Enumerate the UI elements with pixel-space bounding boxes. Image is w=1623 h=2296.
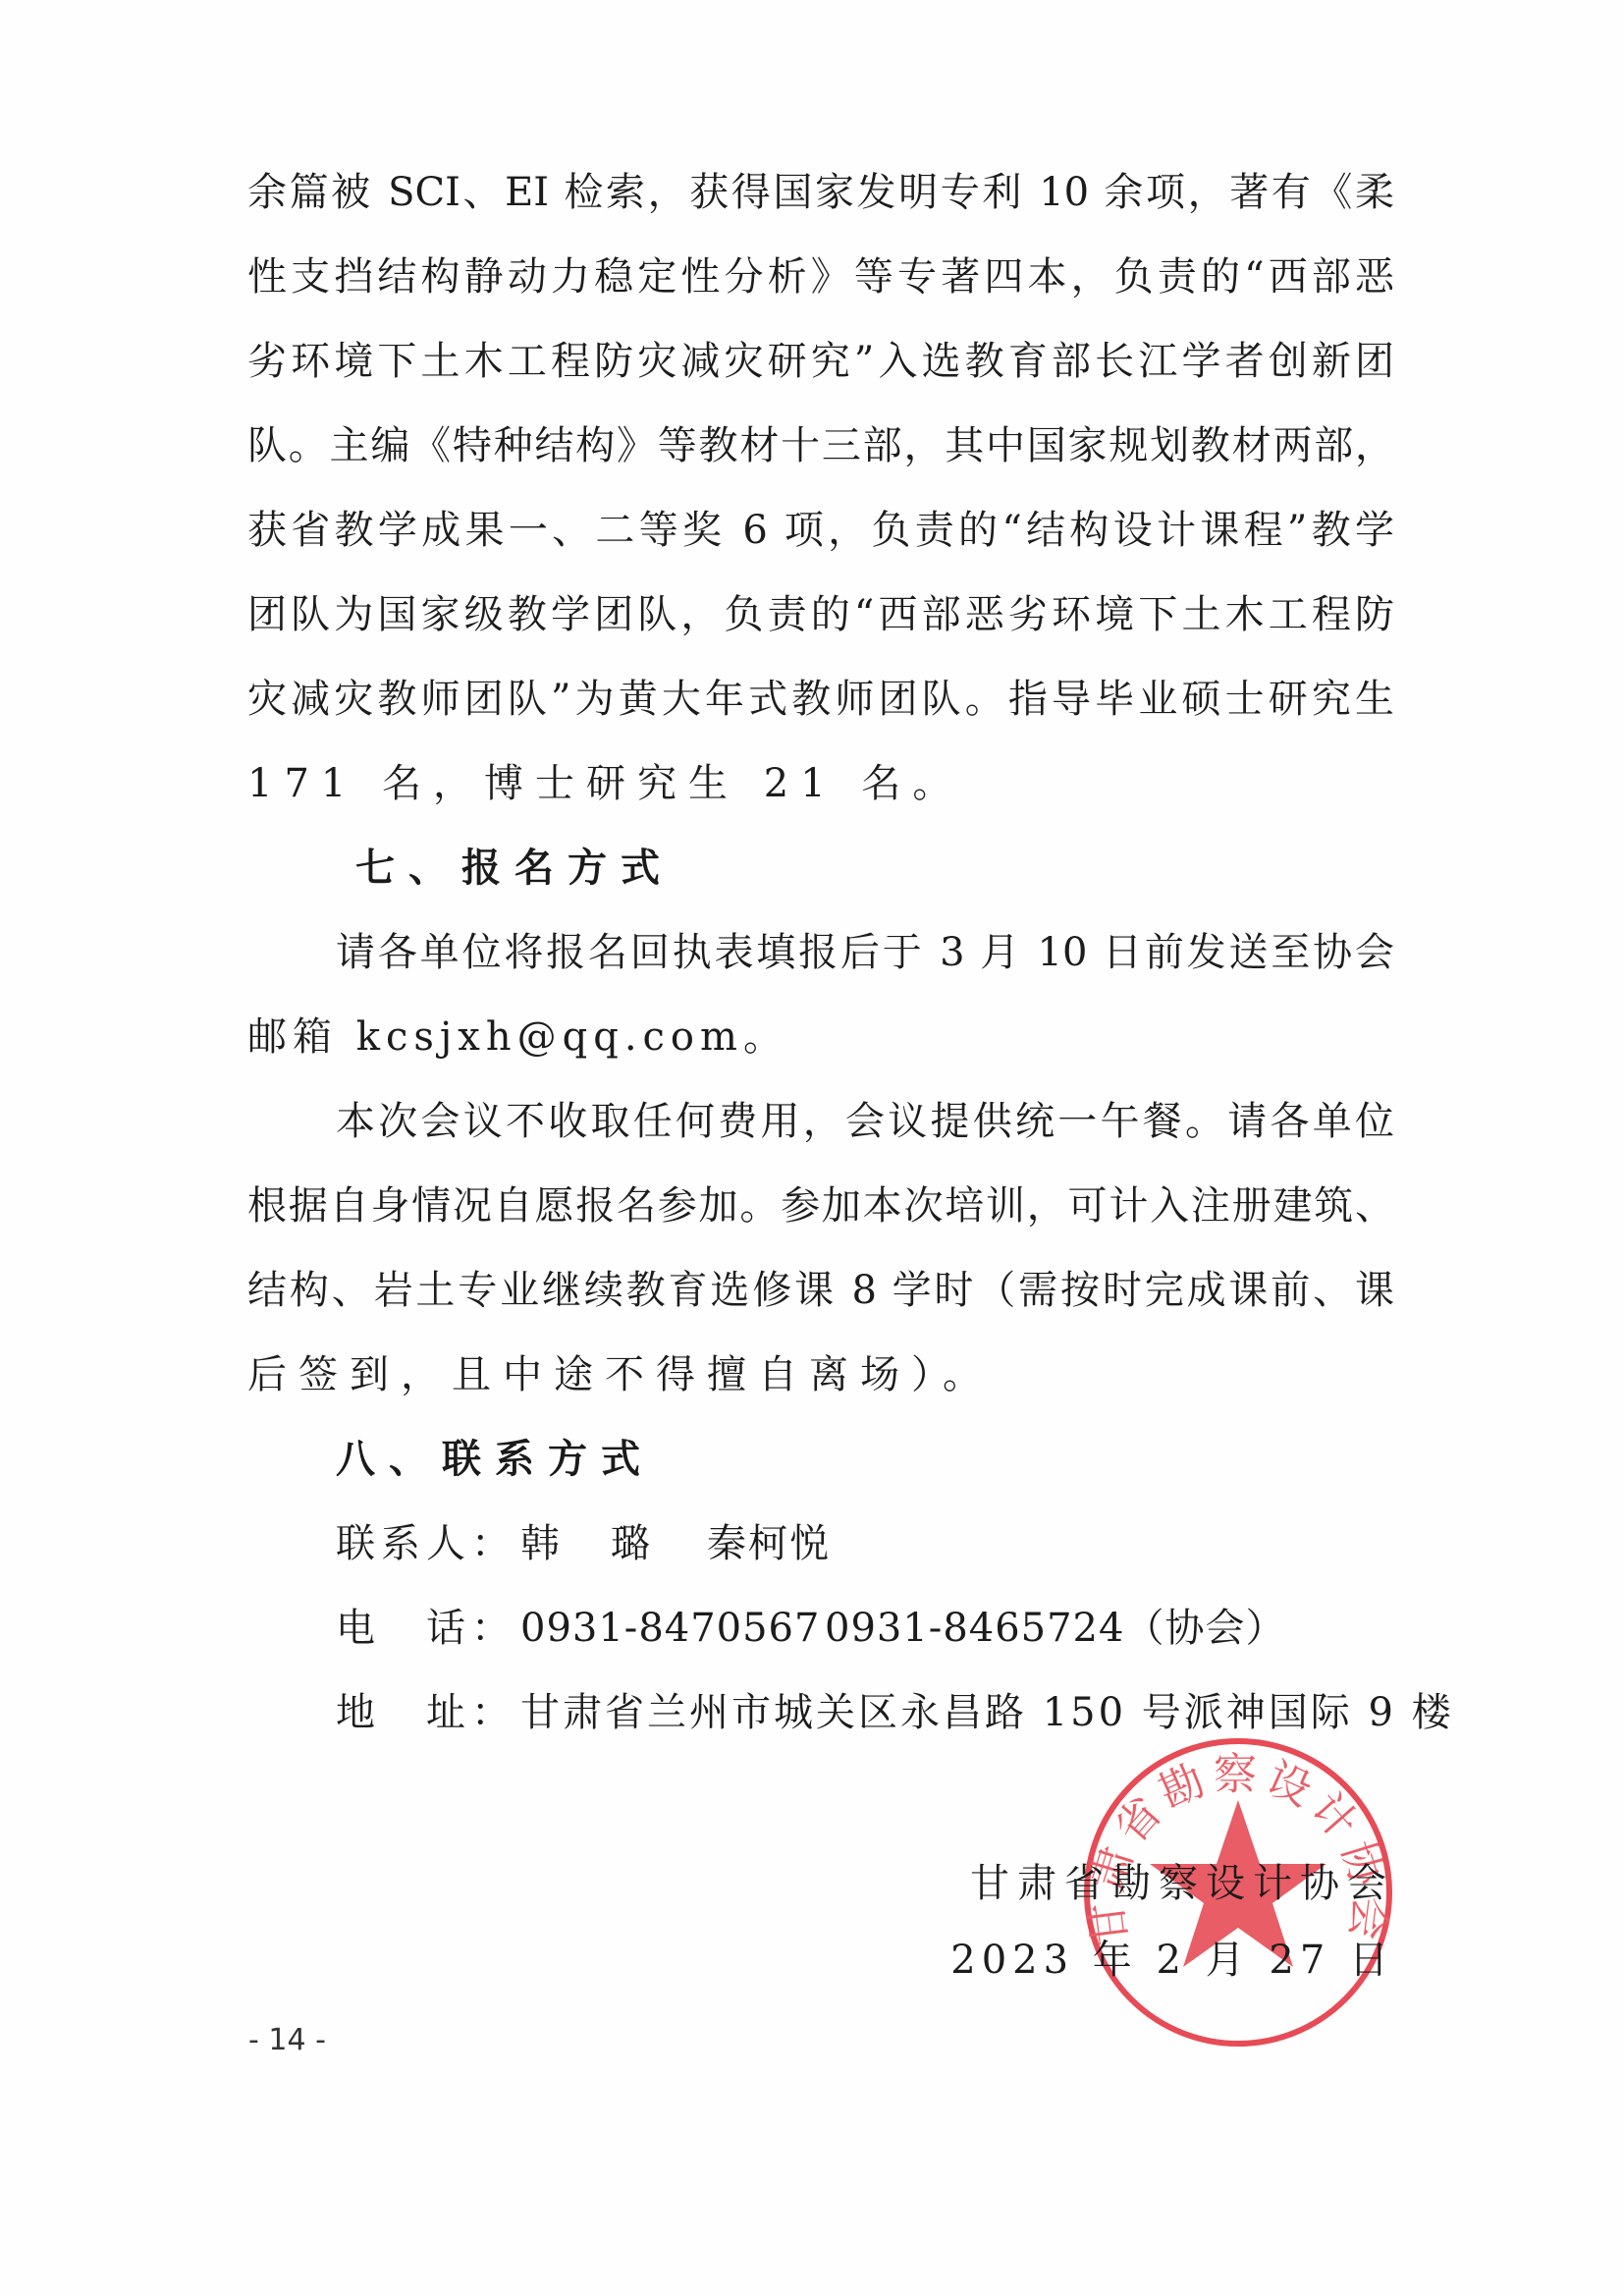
signature-organization: 甘肃省勘察设计协会: [970, 1854, 1394, 1913]
contact-persons-row: 联系人：韩 璐秦柯悦: [336, 1514, 831, 1573]
phone-number[interactable]: 0931-8465724（协会）: [825, 1599, 1285, 1658]
phone-label: 电 话：: [336, 1599, 516, 1658]
signature-date: 2023 年 2 月 27 日: [950, 1931, 1394, 1990]
body-line: 获省教学成果一、二等奖 6 项，负责的“结构设计课程”教学: [247, 501, 1394, 560]
section-heading-registration: 七、报名方式: [355, 839, 674, 898]
body-line: 劣环境下土木工程防灾减灾研究”入选教育部长江学者创新团: [247, 332, 1394, 391]
document-page: 余篇被 SCI、EI 检索，获得国家发明专利 10 余项，著有《柔 性支挡结构静…: [0, 0, 1623, 2296]
body-line: 171 名，博士研究生 21 名。: [247, 754, 1394, 813]
body-line: 后签到，且中途不得擅自离场）。: [247, 1345, 1394, 1404]
address-label: 地 址：: [336, 1683, 516, 1742]
body-line: 本次会议不收取任何费用，会议提供统一午餐。请各单位: [336, 1092, 1394, 1151]
address-row: 地 址：甘肃省兰州市城关区永昌路 150 号派神国际 9 楼: [336, 1683, 1454, 1742]
body-line: 余篇被 SCI、EI 检索，获得国家发明专利 10 余项，著有《柔: [247, 163, 1394, 222]
page-number: - 14 -: [248, 2023, 326, 2057]
body-line: 请各单位将报名回执表填报后于 3 月 10 日前发送至协会: [336, 923, 1394, 982]
address-value: 甘肃省兰州市城关区永昌路 150 号派神国际 9 楼: [520, 1683, 1454, 1742]
body-line: 团队为国家级教学团队，负责的“西部恶劣环境下土木工程防: [247, 585, 1394, 644]
body-line: 灾减灾教师团队”为黄大年式教师团队。指导毕业硕士研究生: [247, 670, 1394, 729]
body-line: 队。主编《特种结构》等教材十三部，其中国家规划教材两部，: [247, 416, 1394, 475]
phone-number[interactable]: 0931-8470567: [520, 1599, 825, 1658]
section-heading-contact: 八、联系方式: [336, 1430, 654, 1489]
contact-persons-label: 联系人：: [336, 1514, 516, 1573]
email-line: 邮箱 kcsjxh@qq.com。: [247, 1008, 1394, 1066]
contact-name: 韩 璐: [520, 1514, 707, 1573]
body-line: 结构、岩土专业继续教育选修课 8 学时（需按时完成课前、课: [247, 1261, 1394, 1320]
contact-name: 秦柯悦: [707, 1514, 831, 1573]
body-line: 性支挡结构静动力稳定性分析》等专著四本，负责的“西部恶: [247, 247, 1394, 306]
phone-row: 电 话：0931-84705670931-8465724（协会）: [336, 1599, 1285, 1658]
body-line: 根据自身情况自愿报名参加。参加本次培训，可计入注册建筑、: [247, 1176, 1394, 1235]
